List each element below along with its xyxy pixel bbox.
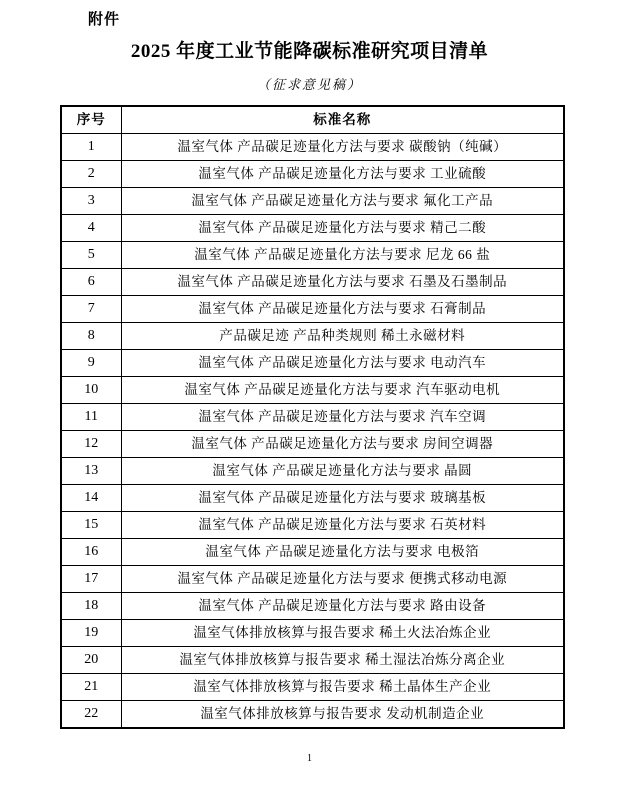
standard-name-cell: 温室气体 产品碳足迹量化方法与要求 工业硫酸 xyxy=(121,161,564,188)
standard-name-cell: 温室气体 产品碳足迹量化方法与要求 电极箔 xyxy=(121,539,564,566)
row-number-cell: 17 xyxy=(61,566,121,593)
table-row: 13温室气体 产品碳足迹量化方法与要求 晶圆 xyxy=(61,458,564,485)
column-header-name: 标准名称 xyxy=(121,106,564,134)
table-row: 19温室气体排放核算与报告要求 稀土火法冶炼企业 xyxy=(61,620,564,647)
document-page: 附件 2025 年度工业节能降碳标准研究项目清单 （征求意见稿） 序号 标准名称… xyxy=(0,0,619,786)
table-row: 16温室气体 产品碳足迹量化方法与要求 电极箔 xyxy=(61,539,564,566)
table-row: 17温室气体 产品碳足迹量化方法与要求 便携式移动电源 xyxy=(61,566,564,593)
page-subtitle: （征求意见稿） xyxy=(0,74,619,93)
table-row: 20温室气体排放核算与报告要求 稀土湿法冶炼分离企业 xyxy=(61,647,564,674)
table-row: 12温室气体 产品碳足迹量化方法与要求 房间空调器 xyxy=(61,431,564,458)
row-number-cell: 1 xyxy=(61,134,121,161)
row-number-cell: 21 xyxy=(61,674,121,701)
standard-name-cell: 温室气体排放核算与报告要求 稀土湿法冶炼分离企业 xyxy=(121,647,564,674)
standard-name-cell: 温室气体 产品碳足迹量化方法与要求 电动汽车 xyxy=(121,350,564,377)
standard-name-cell: 产品碳足迹 产品种类规则 稀土永磁材料 xyxy=(121,323,564,350)
standard-name-cell: 温室气体排放核算与报告要求 发动机制造企业 xyxy=(121,701,564,729)
row-number-cell: 3 xyxy=(61,188,121,215)
row-number-cell: 5 xyxy=(61,242,121,269)
standard-name-cell: 温室气体 产品碳足迹量化方法与要求 便携式移动电源 xyxy=(121,566,564,593)
table-row: 3温室气体 产品碳足迹量化方法与要求 氟化工产品 xyxy=(61,188,564,215)
table-row: 18温室气体 产品碳足迹量化方法与要求 路由设备 xyxy=(61,593,564,620)
standard-name-cell: 温室气体排放核算与报告要求 稀土晶体生产企业 xyxy=(121,674,564,701)
standard-name-cell: 温室气体 产品碳足迹量化方法与要求 路由设备 xyxy=(121,593,564,620)
attachment-label: 附件 xyxy=(88,8,120,29)
standard-name-cell: 温室气体 产品碳足迹量化方法与要求 石膏制品 xyxy=(121,296,564,323)
table-header-row: 序号 标准名称 xyxy=(61,106,564,134)
table-row: 15温室气体 产品碳足迹量化方法与要求 石英材料 xyxy=(61,512,564,539)
standard-name-cell: 温室气体 产品碳足迹量化方法与要求 石墨及石墨制品 xyxy=(121,269,564,296)
standard-name-cell: 温室气体 产品碳足迹量化方法与要求 精己二酸 xyxy=(121,215,564,242)
table-row: 8产品碳足迹 产品种类规则 稀土永磁材料 xyxy=(61,323,564,350)
table-row: 22温室气体排放核算与报告要求 发动机制造企业 xyxy=(61,701,564,729)
table-row: 21温室气体排放核算与报告要求 稀土晶体生产企业 xyxy=(61,674,564,701)
standard-name-cell: 温室气体 产品碳足迹量化方法与要求 汽车空调 xyxy=(121,404,564,431)
column-header-no: 序号 xyxy=(61,106,121,134)
table-row: 7温室气体 产品碳足迹量化方法与要求 石膏制品 xyxy=(61,296,564,323)
standard-name-cell: 温室气体 产品碳足迹量化方法与要求 氟化工产品 xyxy=(121,188,564,215)
standard-name-cell: 温室气体 产品碳足迹量化方法与要求 石英材料 xyxy=(121,512,564,539)
standard-name-cell: 温室气体排放核算与报告要求 稀土火法冶炼企业 xyxy=(121,620,564,647)
standard-name-cell: 温室气体 产品碳足迹量化方法与要求 碳酸钠（纯碱） xyxy=(121,134,564,161)
row-number-cell: 12 xyxy=(61,431,121,458)
table-row: 9温室气体 产品碳足迹量化方法与要求 电动汽车 xyxy=(61,350,564,377)
table-row: 1温室气体 产品碳足迹量化方法与要求 碳酸钠（纯碱） xyxy=(61,134,564,161)
standard-name-cell: 温室气体 产品碳足迹量化方法与要求 晶圆 xyxy=(121,458,564,485)
row-number-cell: 7 xyxy=(61,296,121,323)
table-row: 14温室气体 产品碳足迹量化方法与要求 玻璃基板 xyxy=(61,485,564,512)
table-row: 4温室气体 产品碳足迹量化方法与要求 精己二酸 xyxy=(61,215,564,242)
row-number-cell: 11 xyxy=(61,404,121,431)
standard-name-cell: 温室气体 产品碳足迹量化方法与要求 汽车驱动电机 xyxy=(121,377,564,404)
row-number-cell: 14 xyxy=(61,485,121,512)
table-row: 2温室气体 产品碳足迹量化方法与要求 工业硫酸 xyxy=(61,161,564,188)
standard-name-cell: 温室气体 产品碳足迹量化方法与要求 房间空调器 xyxy=(121,431,564,458)
row-number-cell: 13 xyxy=(61,458,121,485)
page-title: 2025 年度工业节能降碳标准研究项目清单 xyxy=(0,36,619,63)
row-number-cell: 4 xyxy=(61,215,121,242)
table-row: 6温室气体 产品碳足迹量化方法与要求 石墨及石墨制品 xyxy=(61,269,564,296)
row-number-cell: 2 xyxy=(61,161,121,188)
standard-name-cell: 温室气体 产品碳足迹量化方法与要求 尼龙 66 盐 xyxy=(121,242,564,269)
standards-table: 序号 标准名称 1温室气体 产品碳足迹量化方法与要求 碳酸钠（纯碱）2温室气体 … xyxy=(60,105,565,729)
table-row: 10温室气体 产品碳足迹量化方法与要求 汽车驱动电机 xyxy=(61,377,564,404)
row-number-cell: 8 xyxy=(61,323,121,350)
page-number: 1 xyxy=(0,753,619,764)
table-row: 5温室气体 产品碳足迹量化方法与要求 尼龙 66 盐 xyxy=(61,242,564,269)
row-number-cell: 9 xyxy=(61,350,121,377)
row-number-cell: 19 xyxy=(61,620,121,647)
row-number-cell: 16 xyxy=(61,539,121,566)
row-number-cell: 18 xyxy=(61,593,121,620)
table-row: 11温室气体 产品碳足迹量化方法与要求 汽车空调 xyxy=(61,404,564,431)
standard-name-cell: 温室气体 产品碳足迹量化方法与要求 玻璃基板 xyxy=(121,485,564,512)
row-number-cell: 15 xyxy=(61,512,121,539)
row-number-cell: 22 xyxy=(61,701,121,729)
row-number-cell: 20 xyxy=(61,647,121,674)
row-number-cell: 10 xyxy=(61,377,121,404)
row-number-cell: 6 xyxy=(61,269,121,296)
